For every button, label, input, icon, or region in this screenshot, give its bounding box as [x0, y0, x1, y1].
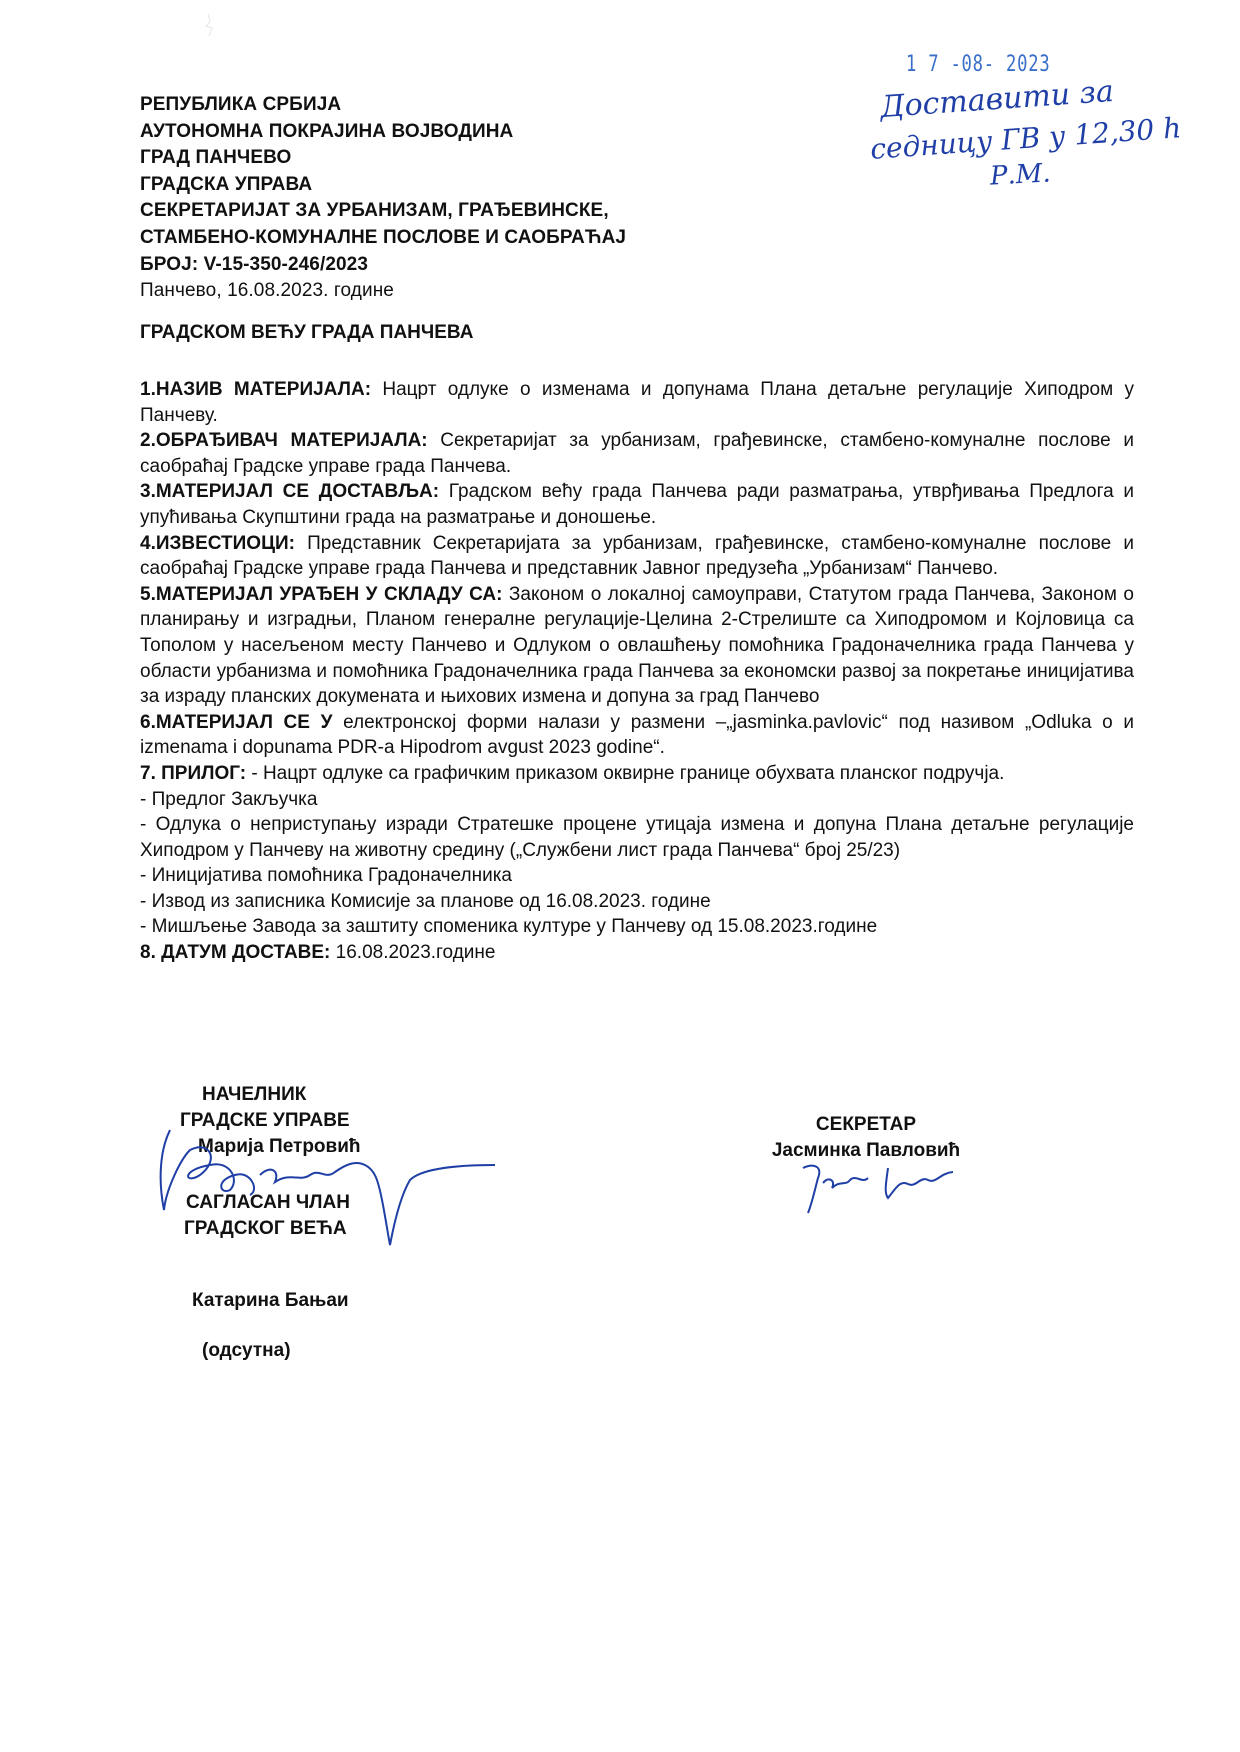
section-2: 2.ОБРАЂИВАЧ МАТЕРИЈАЛА: Секретаријат за …: [140, 428, 1134, 479]
handwritten-signature-left: [150, 1120, 510, 1260]
section-1: 1.НАЗИВ МАТЕРИЈАЛА: Нацрт одлуке о измен…: [140, 377, 1134, 428]
addressee: ГРАДСКОМ ВЕЋУ ГРАДА ПАНЧЕВА: [140, 322, 473, 344]
signature-block-right: СЕКРЕТАР Јасминка Павловић: [756, 1112, 976, 1164]
delivery-date: 8. ДАТУМ ДОСТАВЕ: 16.08.2023.године: [140, 940, 1134, 966]
section-6-label: 6.МАТЕРИЈАЛ СЕ У: [140, 712, 332, 733]
section-3-label: 3.МАТЕРИЈАЛ СЕ ДОСТАВЉА:: [140, 481, 439, 502]
document-header: РЕПУБЛИКА СРБИЈА АУТОНОМНА ПОКРАЈИНА ВОЈ…: [140, 92, 626, 305]
header-line-secretariat: СЕКРЕТАРИЈАТ ЗА УРБАНИЗАМ, ГРАЂЕВИНСКЕ,: [140, 198, 626, 225]
handwritten-initials: Р.М.: [989, 158, 1051, 191]
header-line-province: АУТОНОМНА ПОКРАЈИНА ВОЈВОДИНА: [140, 119, 626, 146]
attachment-item: - Предлог Закључка: [140, 787, 1134, 813]
handwritten-note: Доставити за седницу ГВ у 12,30 h Р.М.: [870, 82, 1240, 202]
section-5: 5.МАТЕРИЈАЛ УРАЂЕН У СКЛАДУ СА: Законом …: [140, 582, 1134, 710]
header-line-republic: РЕПУБЛИКА СРБИЈА: [140, 92, 626, 119]
council-member-name: Катарина Бањаи: [192, 1290, 349, 1312]
received-stamp-date: 1 7 -08- 2023: [906, 52, 1050, 77]
delivery-date-value: 16.08.2023.године: [330, 942, 495, 963]
section-4-label: 4.ИЗВЕСТИОЦИ:: [140, 533, 295, 554]
section-4: 4.ИЗВЕСТИОЦИ: Представник Секретаријата …: [140, 531, 1134, 582]
section-5-label: 5.МАТЕРИЈАЛ УРАЂЕН У СКЛАДУ СА:: [140, 584, 502, 605]
section-6: 6.МАТЕРИЈАЛ СЕ У електронској форми нала…: [140, 710, 1134, 761]
place-date: Панчево, 16.08.2023. године: [140, 278, 626, 305]
header-line-administration: ГРАДСКА УПРАВА: [140, 172, 626, 199]
attachment-item: - Иницијатива помоћника Градоначелника: [140, 863, 1134, 889]
section-2-label: 2.ОБРАЂИВАЧ МАТЕРИЈАЛА:: [140, 430, 428, 451]
delivery-date-label: 8. ДАТУМ ДОСТАВЕ:: [140, 942, 330, 963]
scan-artifact: [200, 12, 220, 40]
section-7: 7. ПРИЛОГ: - Нацрт одлуке са графичким п…: [140, 761, 1134, 787]
section-7-label: 7. ПРИЛОГ:: [140, 763, 246, 784]
document-number: БРОЈ: V-15-350-246/2023: [140, 252, 626, 279]
attachment-item: - Мишљење Завода за заштиту споменика ку…: [140, 914, 1134, 940]
attachment-item: - Одлука о неприступању изради Стратешке…: [140, 812, 1134, 863]
header-line-secretariat-cont: СТАМБЕНО-КОМУНАЛНЕ ПОСЛОВЕ И САОБРАЋАЈ: [140, 225, 626, 252]
council-member-absent-note: (одсутна): [202, 1340, 291, 1362]
document-body: 1.НАЗИВ МАТЕРИЈАЛА: Нацрт одлуке о измен…: [140, 377, 1134, 966]
section-7-text: - Нацрт одлуке са графичким приказом окв…: [246, 763, 1004, 784]
signatory-title-1: НАЧЕЛНИК: [180, 1082, 361, 1108]
section-3: 3.МАТЕРИЈАЛ СЕ ДОСТАВЉА: Градском већу г…: [140, 479, 1134, 530]
section-1-label: 1.НАЗИВ МАТЕРИЈАЛА:: [140, 379, 371, 400]
handwritten-signature-right: [788, 1158, 978, 1218]
attachment-item: - Извод из записника Комисије за планове…: [140, 889, 1134, 915]
header-line-city: ГРАД ПАНЧЕВО: [140, 145, 626, 172]
document-page: РЕПУБЛИКА СРБИЈА АУТОНОМНА ПОКРАЈИНА ВОЈ…: [0, 0, 1240, 1752]
secretary-title: СЕКРЕТАР: [756, 1112, 976, 1138]
